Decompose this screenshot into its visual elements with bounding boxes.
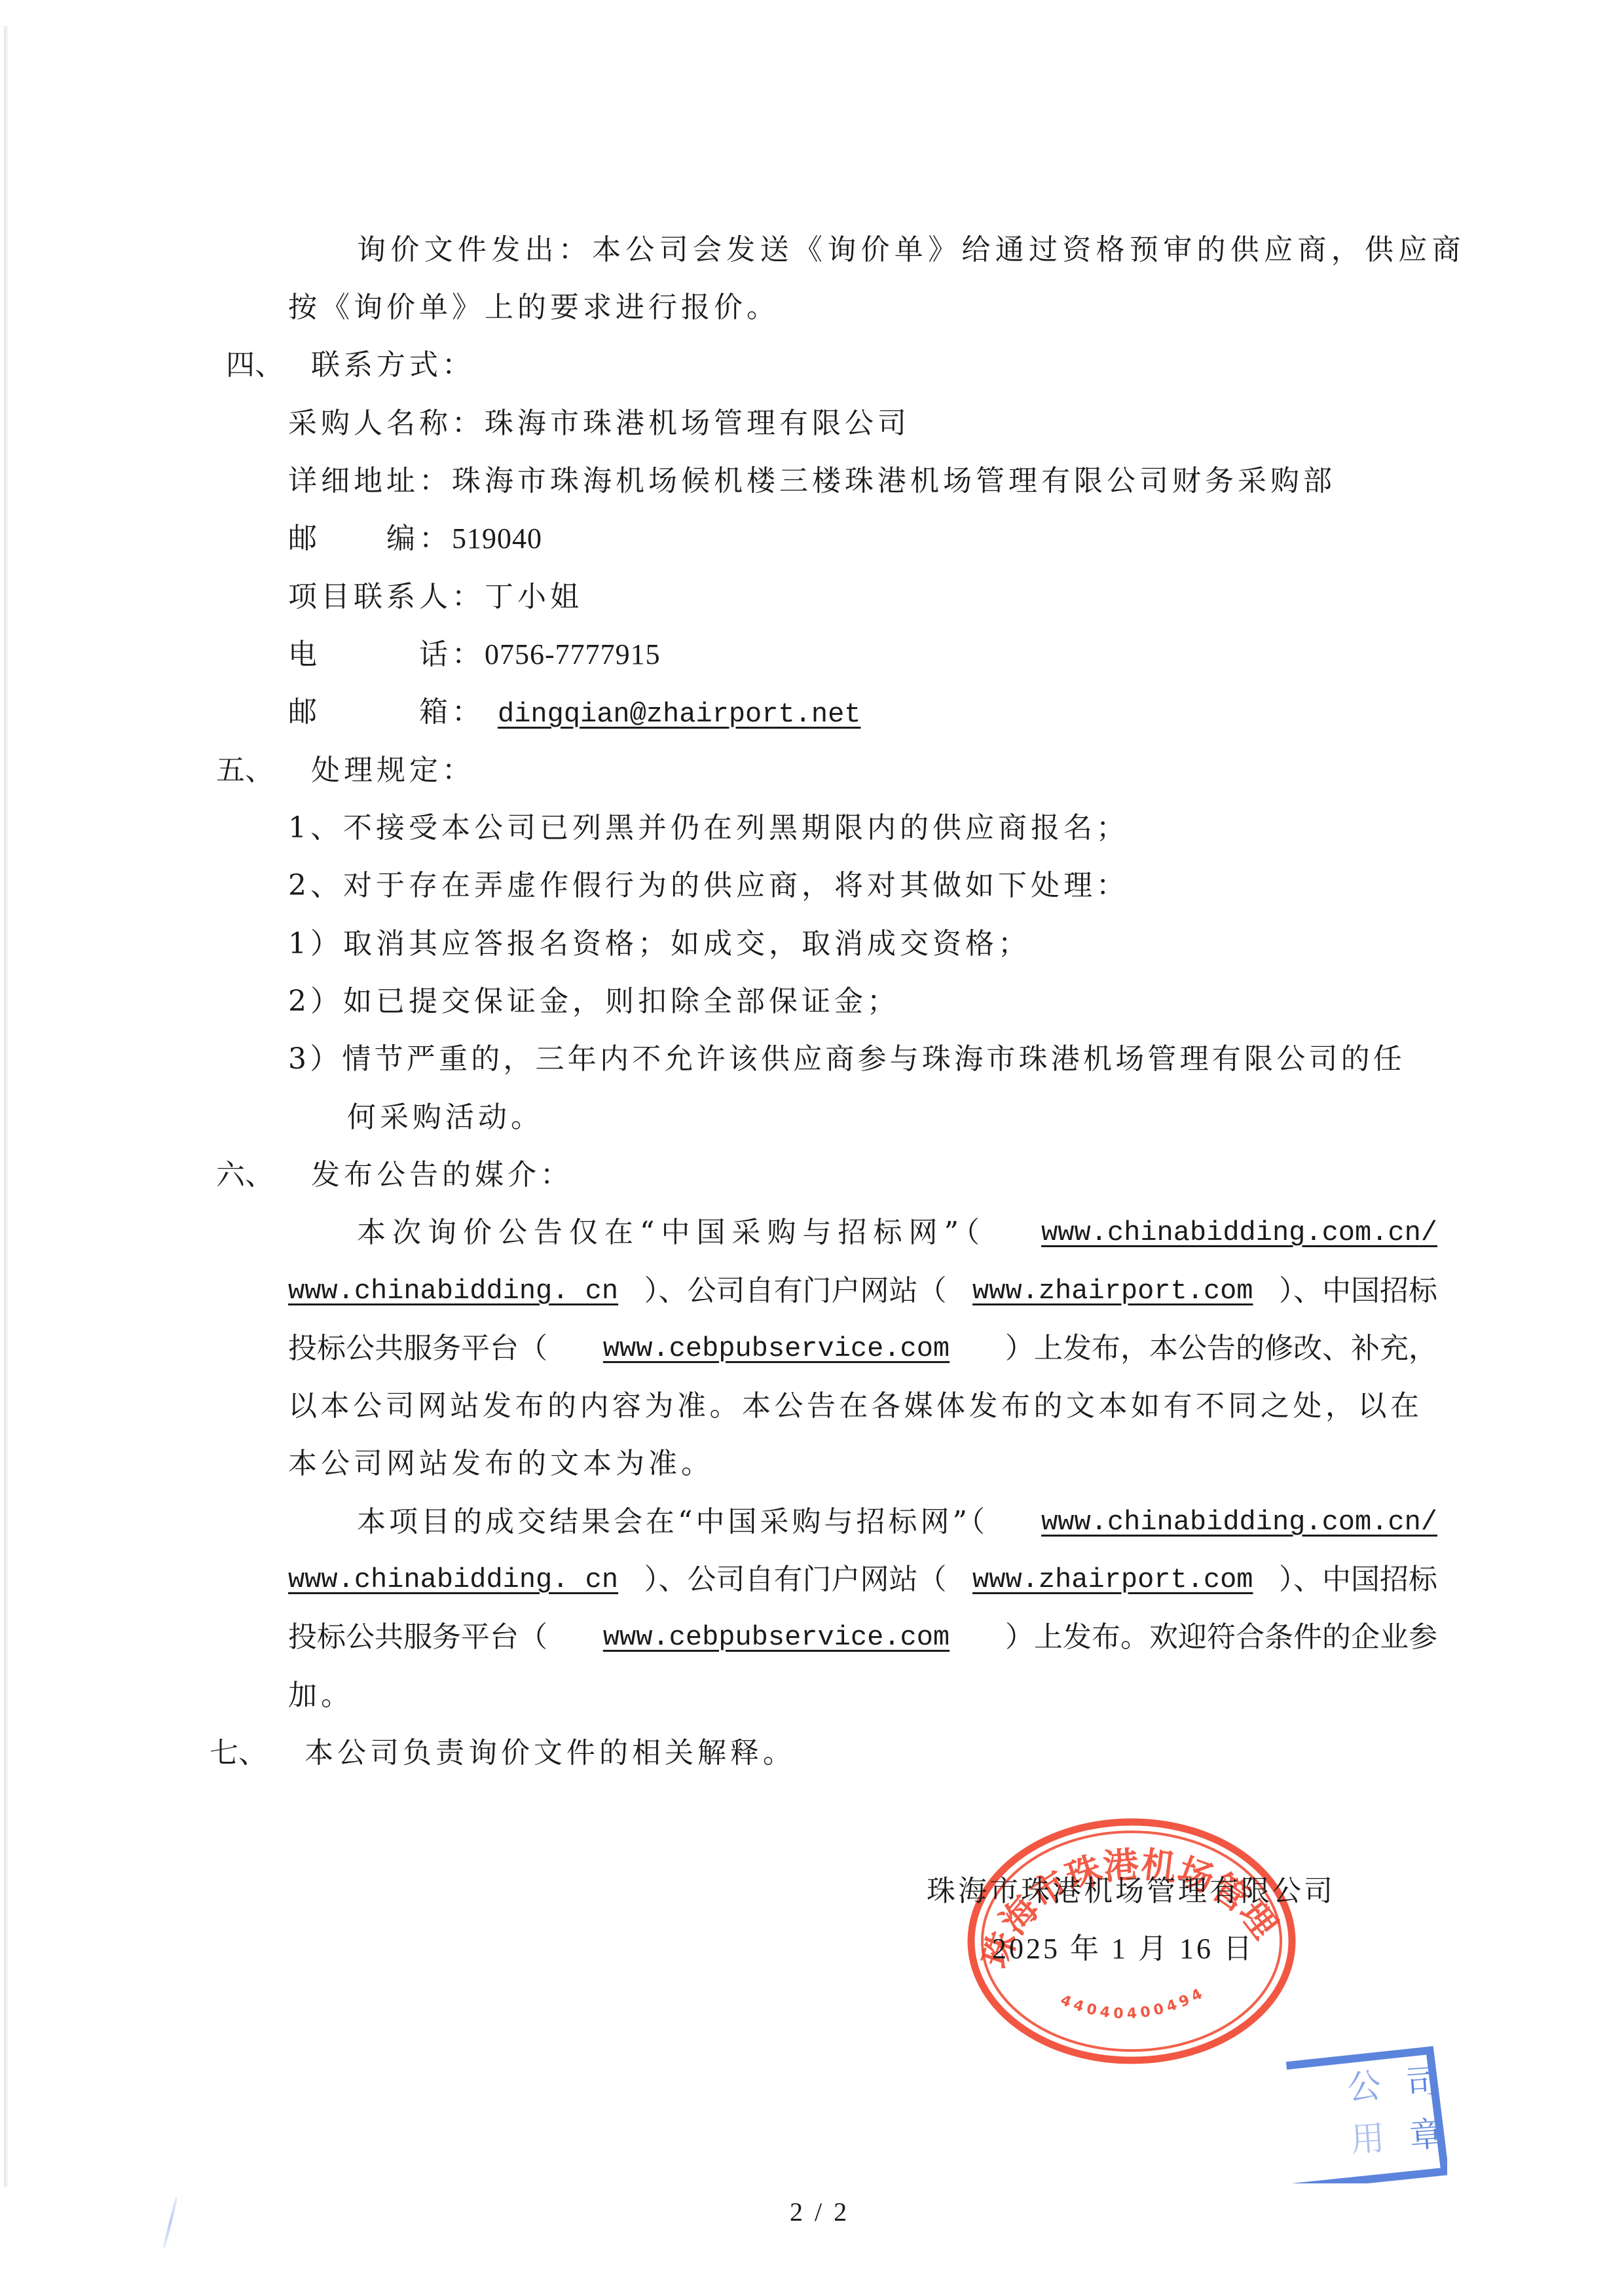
media-p2-line4: 加。	[288, 1676, 354, 1715]
rule-item-1: 1、不接受本公司已列黑并仍在列黑期限内的供应商报名；	[288, 809, 1129, 848]
cebpubservice-link[interactable]: www.cebpubservice.com	[603, 1618, 950, 1657]
section-5-heading: 五、处理规定：	[216, 751, 475, 790]
email-link[interactable]: dingqian@zhairport.net	[498, 699, 861, 730]
purchaser-label: 采购人名称：	[288, 407, 485, 440]
chinabidding-link[interactable]: www.chinabidding. cn	[288, 1560, 618, 1599]
zhairport-link[interactable]: www.zhairport.com	[972, 1560, 1253, 1599]
address-label: 详细地址：	[288, 464, 452, 498]
postcode-row: 邮编：519040	[288, 519, 542, 558]
section-title: 处理规定：	[311, 754, 475, 787]
media-p2-line1: 本项目的成交结果会在“中国采购与招标网”（www.chinabidding.co…	[357, 1503, 1437, 1542]
cebpubservice-link[interactable]: www.cebpubservice.com	[603, 1329, 950, 1368]
section-4-heading: 四、联系方式：	[226, 346, 475, 385]
zhairport-link[interactable]: www.zhairport.com	[972, 1271, 1253, 1311]
svg-text:公: 公	[1346, 2066, 1382, 2107]
rule-subitem-2: 2）如已提交保证金，则扣除全部保证金；	[288, 982, 900, 1021]
phone-label: 电	[288, 638, 321, 671]
section-7-heading: 七、本公司负责询价文件的相关解释。	[210, 1734, 796, 1773]
section-number: 六、	[216, 1156, 311, 1195]
rule-subitem-3-continued: 何采购活动。	[347, 1098, 544, 1137]
media-p2-line3: 投标公共服务平台（www.cebpubservice.com）上发布。欢迎符合条…	[288, 1618, 1437, 1657]
svg-text:用: 用	[1350, 2119, 1386, 2160]
scan-edge	[4, 26, 8, 2187]
postcode-label: 邮	[288, 522, 321, 555]
media-p2-line2: www.chinabidding. cn）、公司自有门户网站（www.zhair…	[288, 1560, 1437, 1599]
rule-subitem-1: 1）取消其应答报名资格；如成交，取消成交资格；	[288, 924, 1031, 964]
media-p1-line2: www.chinabidding. cn）、公司自有门户网站（www.zhair…	[288, 1271, 1437, 1311]
media-p1-line4: 以本公司网站发布的内容为准。本公告在各媒体发布的文本如有不同之处，以在	[288, 1387, 1437, 1426]
address-row: 详细地址：珠海市珠海机场候机楼三楼珠港机场管理有限公司财务采购部	[288, 462, 1336, 501]
contact-value: 丁小姐	[485, 580, 583, 613]
section-number: 四、	[226, 346, 311, 385]
section-number: 七、	[210, 1734, 304, 1773]
email-label: 邮	[288, 695, 321, 729]
blue-stamp: 司 公 章 用	[1283, 2046, 1447, 2183]
postcode-value: 519040	[452, 522, 542, 555]
address-value: 珠海市珠海机场候机楼三楼珠港机场管理有限公司财务采购部	[452, 464, 1336, 498]
chinabidding-link[interactable]: www.chinabidding.com.cn/	[1041, 1503, 1437, 1542]
contact-label: 项目联系人：	[288, 580, 485, 613]
purchaser-value: 珠海市珠港机场管理有限公司	[485, 407, 910, 440]
chinabidding-link[interactable]: www.chinabidding. cn	[288, 1271, 618, 1311]
contact-row: 项目联系人：丁小姐	[288, 577, 583, 617]
rule-subitem-3: 3）情节严重的，三年内不允许该供应商参与珠海市珠港机场管理有限公司的任	[288, 1040, 1437, 1079]
section-text: 本公司负责询价文件的相关解释。	[304, 1736, 796, 1770]
chinabidding-link[interactable]: www.chinabidding.com.cn/	[1041, 1213, 1437, 1252]
svg-text:司: 司	[1405, 2062, 1441, 2104]
media-p1-line1: 本次询价公告仅在“中国采购与招标网”（www.chinabidding.com.…	[357, 1213, 1437, 1252]
ink-mark	[162, 2197, 177, 2249]
section-6-heading: 六、发布公告的媒介：	[216, 1156, 573, 1195]
section-title: 发布公告的媒介：	[311, 1158, 573, 1192]
page-number: 2 / 2	[790, 2196, 849, 2227]
purchaser-row: 采购人名称：珠海市珠港机场管理有限公司	[288, 404, 910, 443]
signature-date: 2025 年 1 月 16 日	[992, 1925, 1255, 1967]
media-p1-line5: 本公司网站发布的文本为准。	[288, 1444, 714, 1484]
section-title: 联系方式：	[311, 348, 475, 382]
email-row: 邮箱：dingqian@zhairport.net	[288, 693, 861, 734]
section-number: 五、	[216, 751, 311, 790]
phone-row: 电话：0756-7777915	[288, 635, 661, 674]
inquiry-paragraph-line1: 询价文件发出：本公司会发送《询价单》给通过资格预审的供应商，供应商	[357, 230, 1437, 270]
signature-company: 珠海市珠港机场管理有限公司	[927, 1867, 1335, 1909]
media-p1-line3: 投标公共服务平台（www.cebpubservice.com）上发布，本公告的修…	[288, 1329, 1437, 1368]
svg-text:章: 章	[1408, 2115, 1445, 2156]
phone-value: 0756-7777915	[485, 638, 661, 670]
rule-item-2: 2、对于存在弄虚作假行为的供应商，将对其做如下处理：	[288, 866, 1129, 905]
inquiry-paragraph-line2: 按《询价单》上的要求进行报价。	[288, 288, 779, 327]
